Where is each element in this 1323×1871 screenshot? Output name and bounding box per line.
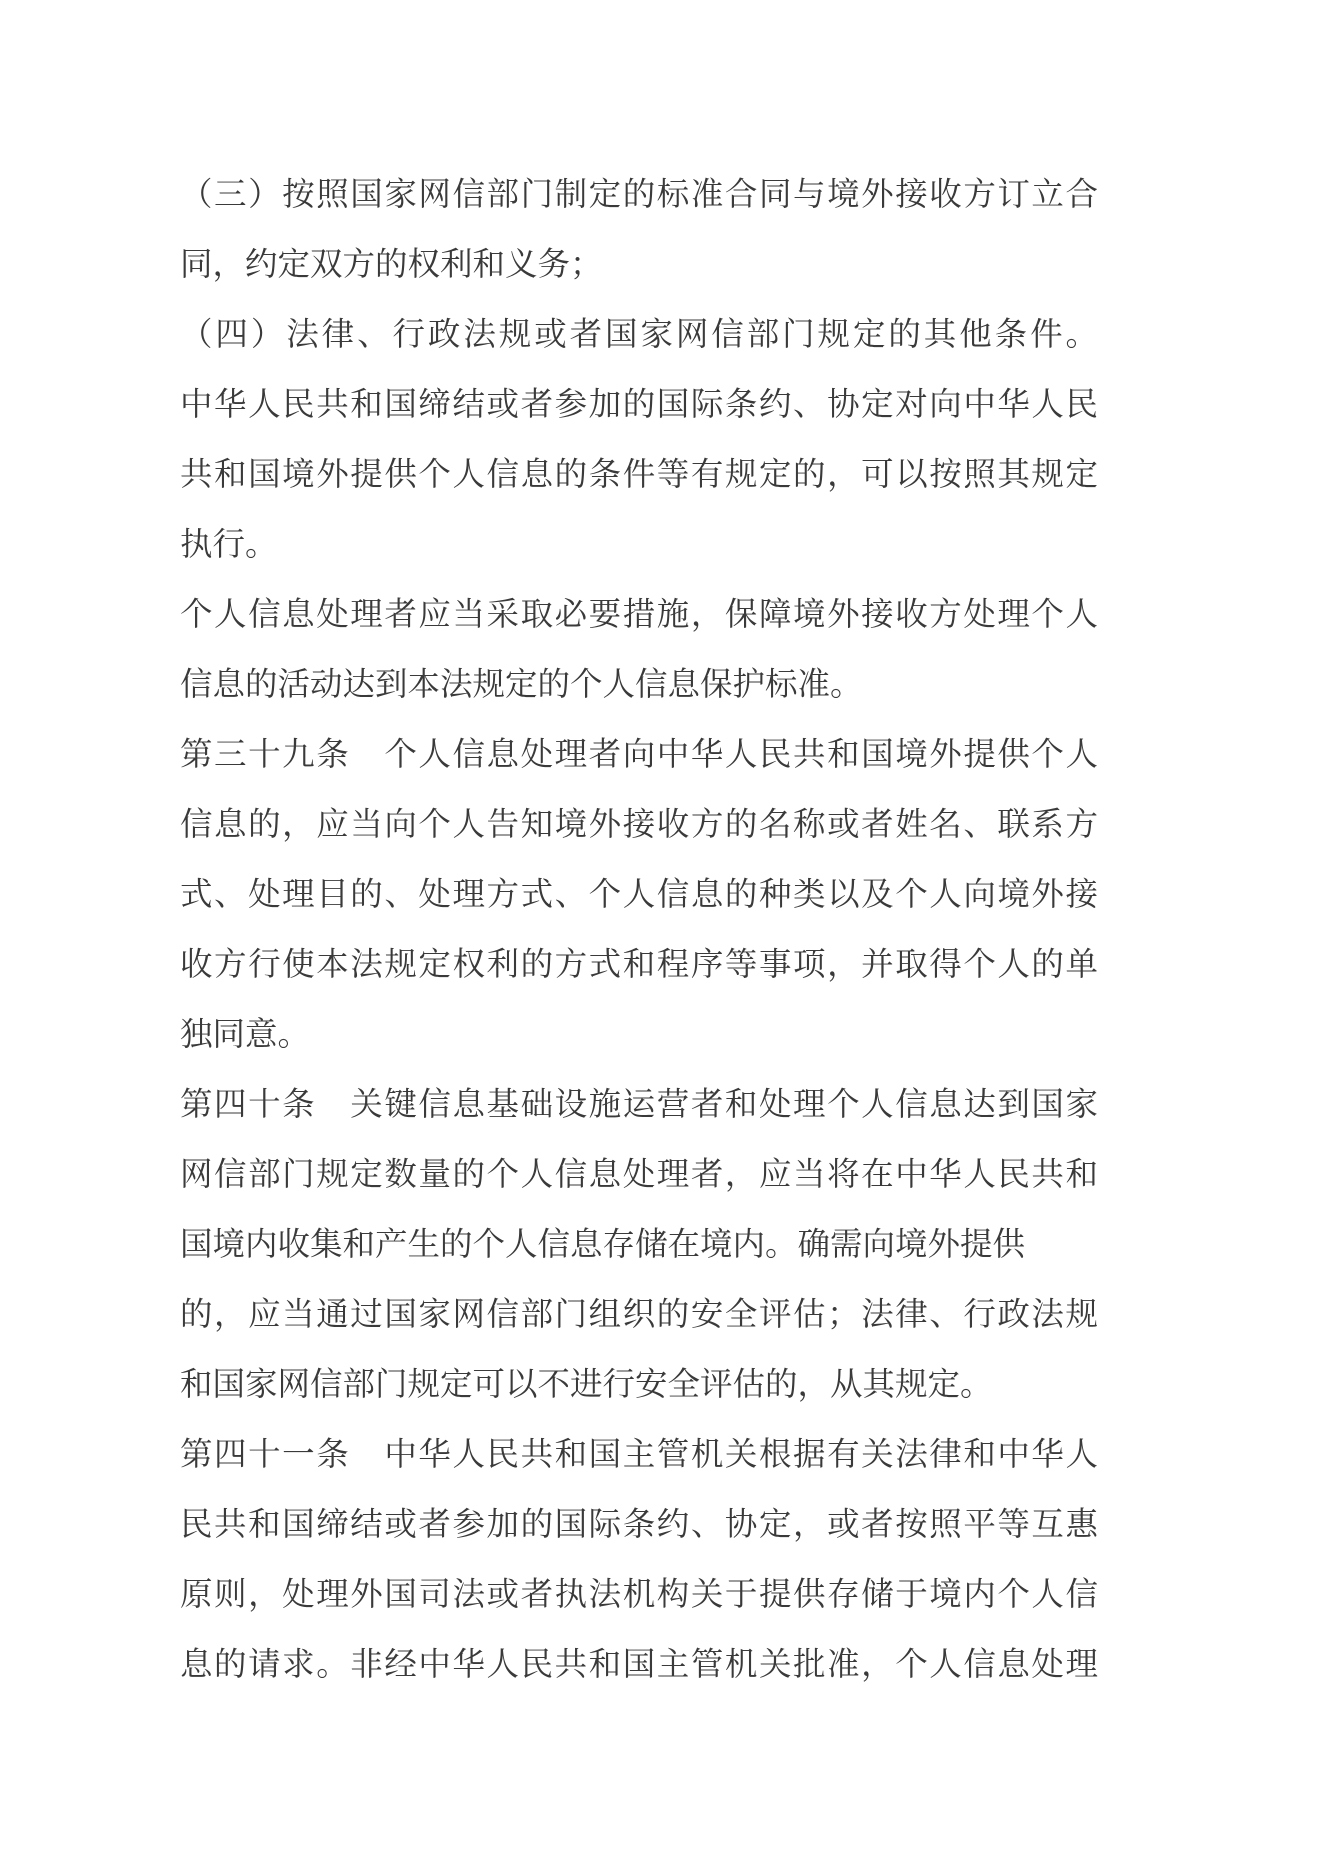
text-line: 中华人民共和国缔结或者参加的国际条约、协定对向中华人民 — [180, 370, 1098, 440]
text-line: 和国家网信部门规定可以不进行安全评估的，从其规定。 — [180, 1350, 1098, 1420]
text-line: 收方行使本法规定权利的方式和程序等事项，并取得个人的单 — [180, 930, 1098, 1000]
text-line: 个人信息处理者应当采取必要措施，保障境外接收方处理个人 — [180, 580, 1098, 650]
text-line: （三）按照国家网信部门制定的标准合同与境外接收方订立合 — [180, 160, 1098, 230]
text-line: 的，应当通过国家网信部门组织的安全评估；法律、行政法规 — [180, 1280, 1098, 1350]
text-block: （三）按照国家网信部门制定的标准合同与境外接收方订立合 同，约定双方的权利和义务… — [180, 160, 1098, 1700]
text-line: 网信部门规定数量的个人信息处理者，应当将在中华人民共和 — [180, 1140, 1098, 1210]
text-line: 第四十条 关键信息基础设施运营者和处理个人信息达到国家 — [180, 1070, 1098, 1140]
text-line: 执行。 — [180, 510, 1098, 580]
text-line: 第三十九条 个人信息处理者向中华人民共和国境外提供个人 — [180, 720, 1098, 790]
text-line: 民共和国缔结或者参加的国际条约、协定，或者按照平等互惠 — [180, 1490, 1098, 1560]
text-line: 式、处理目的、处理方式、个人信息的种类以及个人向境外接 — [180, 860, 1098, 930]
text-line: 国境内收集和产生的个人信息存储在境内。确需向境外提供 — [180, 1210, 1098, 1280]
text-line: 第四十一条 中华人民共和国主管机关根据有关法律和中华人 — [180, 1420, 1098, 1490]
text-line: 信息的，应当向个人告知境外接收方的名称或者姓名、联系方 — [180, 790, 1098, 860]
text-line: 信息的活动达到本法规定的个人信息保护标准。 — [180, 650, 1098, 720]
document-page: （三）按照国家网信部门制定的标准合同与境外接收方订立合 同，约定双方的权利和义务… — [0, 0, 1323, 1871]
text-line: 息的请求。非经中华人民共和国主管机关批准，个人信息处理 — [180, 1630, 1098, 1700]
text-line: 共和国境外提供个人信息的条件等有规定的，可以按照其规定 — [180, 440, 1098, 510]
text-line: 独同意。 — [180, 1000, 1098, 1070]
text-line: 原则，处理外国司法或者执法机构关于提供存储于境内个人信 — [180, 1560, 1098, 1630]
text-line: 同，约定双方的权利和义务； — [180, 230, 1098, 300]
text-line: （四）法律、行政法规或者国家网信部门规定的其他条件。 — [180, 300, 1098, 370]
